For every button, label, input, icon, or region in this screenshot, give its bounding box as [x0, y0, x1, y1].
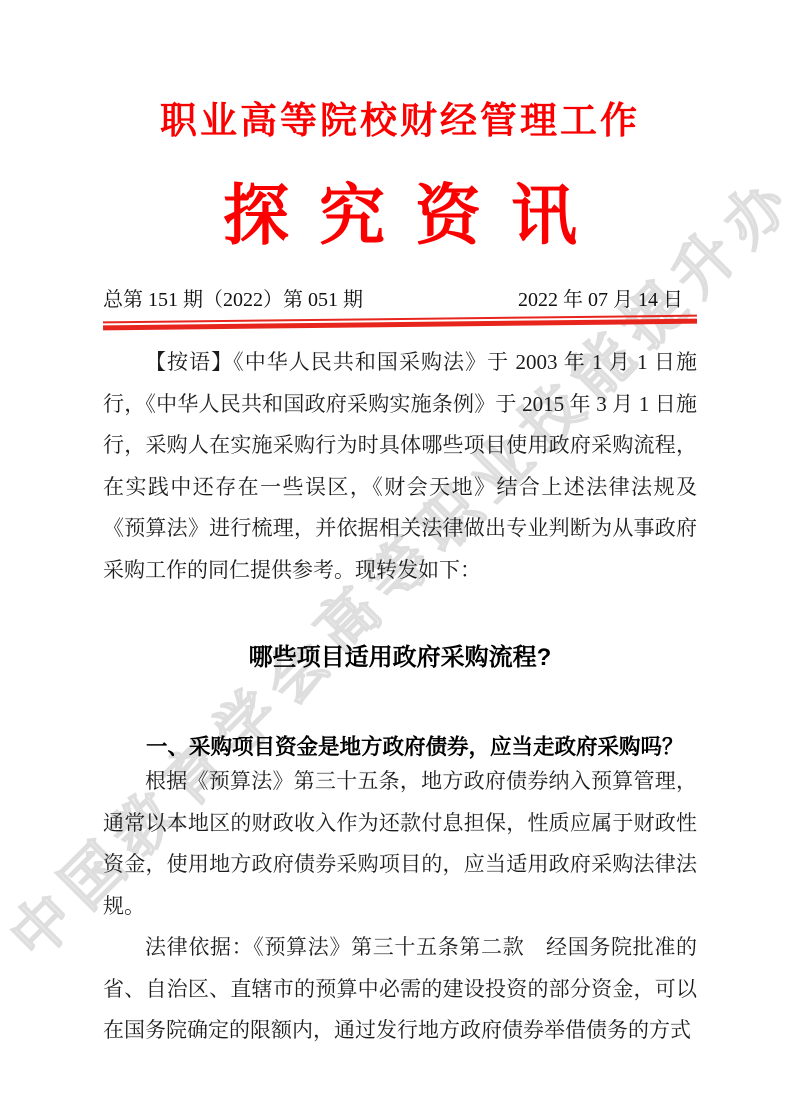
issue-date: 2022 年 07 月 14 日	[518, 283, 697, 312]
article-title: 哪些项目适用政府采购流程?	[103, 637, 697, 672]
masthead-title: 探究资讯	[103, 162, 697, 257]
section-paragraph: 根据《预算法》第三十五条，地方政府债券纳入预算管理，通常以本地区的财政收入作为还…	[103, 761, 697, 927]
section-heading-1: 一、采购项目资金是地方政府债券，应当走政府采购吗？	[103, 730, 697, 761]
masthead-supertitle: 职业高等院校财经管理工作	[103, 90, 697, 144]
issue-number: 总第 151 期（2022）第 051 期	[103, 283, 363, 312]
newsletter-page: 中国教育学会高等职业技能提升办 职业高等院校财经管理工作 探究资讯 总第 151…	[0, 0, 794, 1108]
section-paragraph: 法律依据：《预算法》第三十五条第二款 经国务院批准的省、自治区、直辖市的预算中必…	[103, 927, 697, 1052]
masthead-rule	[103, 315, 697, 331]
issue-row: 总第 151 期（2022）第 051 期 2022 年 07 月 14 日	[103, 283, 697, 312]
page-content: 职业高等院校财经管理工作 探究资讯 总第 151 期（2022）第 051 期 …	[0, 90, 794, 1052]
editor-note-paragraph: 【按语】《中华人民共和国采购法》于 2003 年 1 月 1 日施行，《中华人民…	[103, 342, 697, 591]
